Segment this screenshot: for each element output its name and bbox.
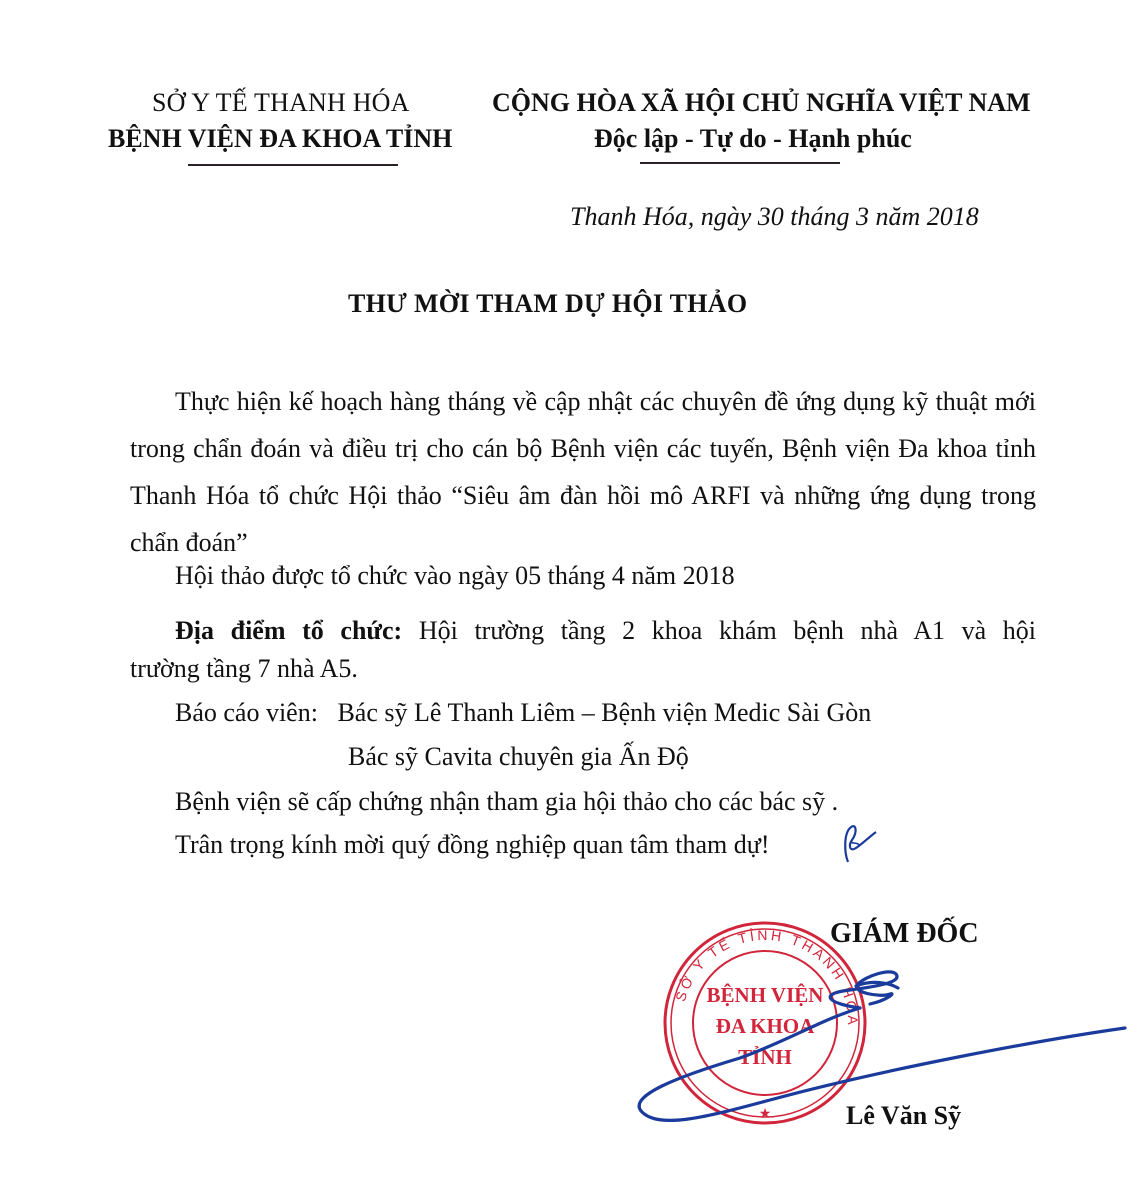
speakers-line: Báo cáo viên: Bác sỹ Lê Thanh Liêm – Bện… — [175, 698, 871, 728]
department-name: SỞ Y TẾ THANH HÓA — [152, 88, 410, 118]
certificate-line: Bệnh viện sẽ cấp chứng nhận tham gia hội… — [175, 787, 838, 817]
venue-label: Địa điểm tổ chức: — [175, 616, 402, 645]
event-date-line: Hội thảo được tổ chức vào ngày 05 tháng … — [175, 561, 735, 591]
signer-name: Lê Văn Sỹ — [846, 1101, 961, 1131]
header-left-underline — [188, 164, 398, 166]
national-motto: Độc lập - Tự do - Hạnh phúc — [594, 124, 912, 154]
header-right-underline — [640, 162, 840, 164]
date-line: Thanh Hóa, ngày 30 tháng 3 năm 2018 — [570, 202, 979, 232]
speakers-label: Báo cáo viên: — [175, 698, 318, 727]
venue-line: Địa điểm tổ chức: Hội trường tầng 2 khoa… — [130, 607, 1036, 654]
organization-name: BỆNH VIỆN ĐA KHOA TỈNH — [108, 124, 452, 154]
speaker-1: Bác sỹ Lê Thanh Liêm – Bệnh viện Medic S… — [337, 698, 871, 727]
closing-line: Trân trọng kính mời quý đồng nghiệp quan… — [175, 830, 770, 860]
speaker-2: Bác sỹ Cavita chuyên gia Ấn Độ — [348, 742, 689, 772]
national-title: CỘNG HÒA XÃ HỘI CHỦ NGHĨA VIỆT NAM — [492, 88, 1031, 118]
document-title: THƯ MỜI THAM DỰ HỘI THẢO — [348, 289, 747, 319]
venue-line-2: trường tầng 7 nhà A5. — [130, 654, 358, 684]
venue-text: Hội trường tầng 2 khoa khám bệnh nhà A1 … — [402, 616, 1036, 645]
intro-paragraph: Thực hiện kế hoạch hàng tháng về cập nhậ… — [130, 378, 1036, 566]
initial-signature-icon — [838, 822, 878, 866]
